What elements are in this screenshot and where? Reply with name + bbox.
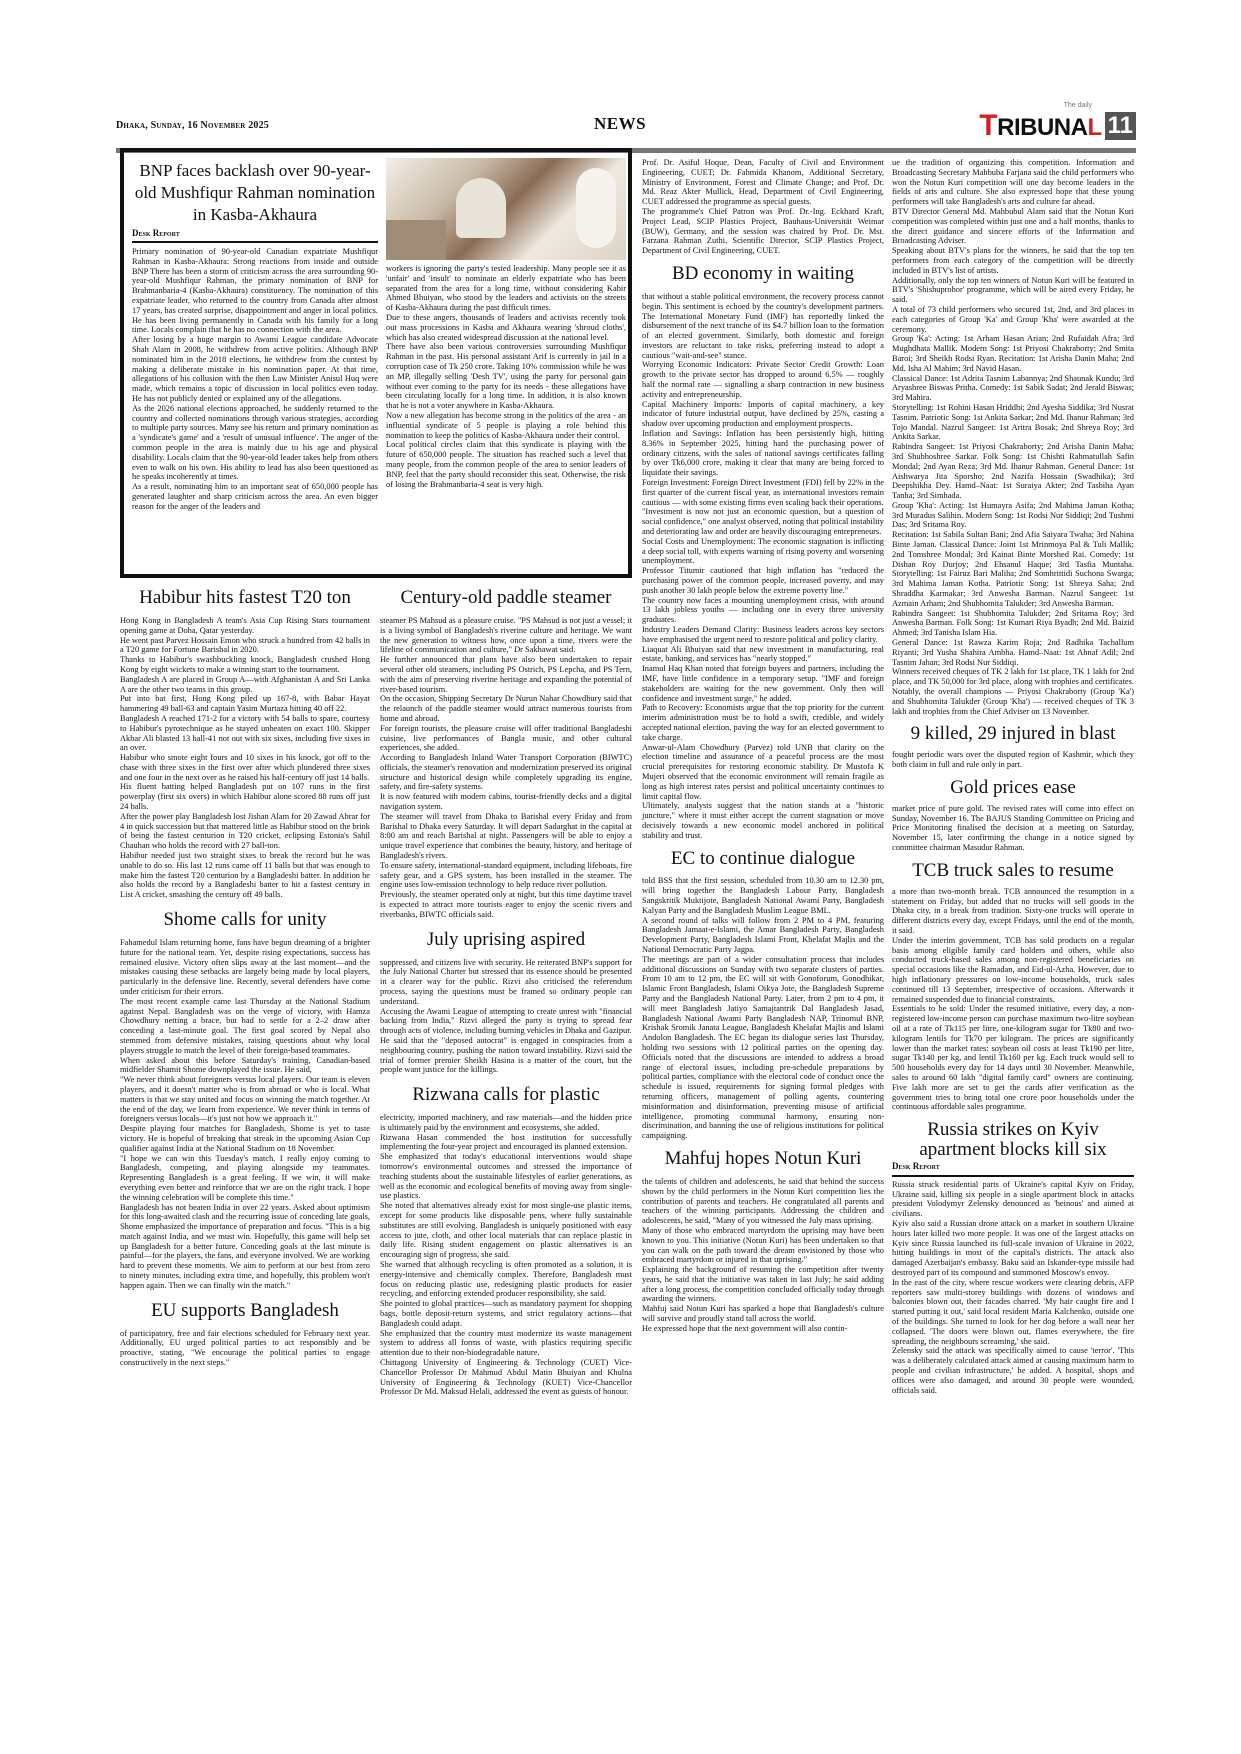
- paragraph: "Investment is now not just an economic …: [642, 507, 884, 536]
- paragraph: Inamul Haq Khan noted that foreign buyer…: [642, 664, 884, 703]
- paragraph: Thanks to Habibur's swashbuckling knock,…: [120, 655, 370, 675]
- paragraph: It is now featured with modern cabins, t…: [380, 792, 632, 812]
- paragraph: Explaining the background of resuming th…: [642, 1265, 884, 1304]
- paragraph: Due to these angers, thousands of leader…: [386, 313, 626, 342]
- paragraph: ue the tradition of organizing this comp…: [892, 158, 1134, 207]
- paragraph: steamer PS Mahsud as a pleasure cruise. …: [380, 616, 632, 655]
- paragraph: Professor Titumir cautioned that high in…: [642, 566, 884, 595]
- paragraph: of participatory, free and fair election…: [120, 1329, 370, 1368]
- paragraph: Mahfuj said Notun Kuri has sparked a hop…: [642, 1304, 884, 1324]
- paragraph: Group 'Ka': Acting: 1st Arham Hasan Aria…: [892, 334, 1134, 373]
- paragraph: "I hope we can win this Tuesday's match.…: [120, 1154, 370, 1203]
- article-habibur: Habibur hits fastest T20 ton Hong Kong i…: [120, 588, 370, 1368]
- lead-story-box: BNP faces backlash over 90-year-old Mush…: [120, 148, 632, 578]
- paragraph: Habibur needed just two straight sixes t…: [120, 851, 370, 900]
- paragraph: Essentials to be sold: Under the resumed…: [892, 1004, 1134, 1112]
- paragraph: electricity, imported machinery, and raw…: [380, 1113, 632, 1133]
- paragraph: Classical Dance: 1st Adrita Tasnim Laban…: [892, 374, 1134, 403]
- paragraph: There have also been various controversi…: [386, 342, 626, 411]
- column-3: Prof. Dr. Asiful Hoque, Dean, Faculty of…: [642, 158, 884, 1334]
- paragraph: Winners received cheques of TK 2 lakh fo…: [892, 667, 1134, 716]
- paragraph: Worrying Economic Indicators: Private Se…: [642, 360, 884, 399]
- paragraph: Rabindra Sangeet: 1st Priyosi Chakrabort…: [892, 442, 1134, 501]
- paragraph: After losing by a huge margin to Awami L…: [132, 335, 378, 404]
- paragraph: Rabindra Sangeet: 1st Shubhomita Talukde…: [892, 609, 1134, 638]
- masthead: Dhaka, Sunday, 16 November 2025 NEWS The…: [116, 108, 1136, 148]
- paragraph: Ultimately, analysts suggest that the na…: [642, 801, 884, 840]
- logo-t: T: [979, 109, 997, 142]
- paragraph: Bangladesh A reached 171-2 for a victory…: [120, 714, 370, 753]
- paragraph: the talents of children and adolescents,…: [642, 1177, 884, 1226]
- paragraph: A total of 73 child performers who secur…: [892, 305, 1134, 334]
- paragraph: He went past Parvez Hossain Emon who str…: [120, 636, 370, 656]
- paragraph: The steamer will travel from Dhaka to Ba…: [380, 812, 632, 861]
- paragraph: that without a stable political environm…: [642, 292, 884, 361]
- headline-eu[interactable]: EU supports Bangladesh: [120, 1301, 370, 1321]
- dateline: Dhaka, Sunday, 16 November 2025: [116, 120, 269, 131]
- paragraph: According to Bangladesh Inland Water Tra…: [380, 753, 632, 792]
- paragraph: To ensure safety, international-standard…: [380, 861, 632, 890]
- headline-bd-economy[interactable]: BD economy in waiting: [642, 264, 884, 284]
- page-number: 11: [1105, 112, 1136, 140]
- paragraph: Habibur who smote eight fours and 10 six…: [120, 753, 370, 782]
- paragraph: Hong Kong in Bangladesh A team's Asia Cu…: [120, 616, 370, 636]
- paragraph: Prof. Dr. Asiful Hoque, Dean, Faculty of…: [642, 158, 884, 207]
- paragraph: "We never think about foreigners versus …: [120, 1075, 370, 1124]
- paragraph: suppressed, and citizens live with secur…: [380, 958, 632, 1007]
- paragraph: Chittagong University of Engineering & T…: [380, 1358, 632, 1397]
- paragraph: BTV Director General Md. Mahbubul Alam s…: [892, 207, 1134, 246]
- paragraph: Bangladesh has not beaten India in over …: [120, 1203, 370, 1291]
- paragraph: Despite playing four matches for Banglad…: [120, 1124, 370, 1153]
- logo-small-text: The daily: [1064, 102, 1092, 109]
- paragraph: Inflation and Savings: Inflation has bee…: [642, 429, 884, 478]
- paragraph: A second round of talks will follow from…: [642, 916, 884, 955]
- logo-mid: RIBUNA: [997, 114, 1087, 141]
- headline-tcb[interactable]: TCB truck sales to resume: [892, 861, 1134, 881]
- paragraph: Kyiv also said a Russian drone attack on…: [892, 1219, 1134, 1278]
- headline-mahfuj[interactable]: Mahfuj hopes Notun Kuri: [642, 1149, 884, 1169]
- paragraph: The most recent example came last Thursd…: [120, 997, 370, 1056]
- paragraph: fought periodic wars over the disputed r…: [892, 750, 1134, 770]
- lead-col1: Primary nomination of 90-year-old Canadi…: [132, 247, 378, 512]
- russia-byline: Desk Report: [892, 1162, 1134, 1177]
- paragraph: Accusing the Awami League of attempting …: [380, 1007, 632, 1036]
- paragraph: As the 2026 national elections approache…: [132, 404, 378, 482]
- paragraph: Fahamedul Islam returning home, fans hav…: [120, 938, 370, 997]
- paragraph: Now a new allegation has become strong i…: [386, 411, 626, 440]
- paragraph: Social Costs and Unemployment: The econo…: [642, 537, 884, 566]
- paragraph: General Dance: 1st Rawza Karim Roja; 2nd…: [892, 638, 1134, 667]
- paragraph: The country now faces a mounting unemplo…: [642, 596, 884, 625]
- paragraph: Group 'Kha': Acting: 1st Humayra Asifa; …: [892, 501, 1134, 530]
- paragraph: Bangladesh A are placed in Group A—with …: [120, 675, 370, 695]
- paragraph: He said that the "deposed autocrat" is e…: [380, 1036, 632, 1075]
- paragraph: Additionally, only the top ten winners o…: [892, 276, 1134, 305]
- headline-gold[interactable]: Gold prices ease: [892, 778, 1134, 798]
- paragraph: Local political circles claim that this …: [386, 440, 626, 489]
- paragraph: The programme's Chief Patron was Prof. D…: [642, 207, 884, 256]
- lead-byline: Desk Report: [132, 228, 378, 243]
- paragraph: On the occasion, Shipping Secretary Dr N…: [380, 694, 632, 723]
- logo-l: L: [1087, 114, 1101, 141]
- paragraph: Anwar-ul-Alam Chowdhury (Parvez) told UN…: [642, 743, 884, 802]
- headline-habibur[interactable]: Habibur hits fastest T20 ton: [120, 588, 370, 608]
- paragraph: Put into bat first, Hong Kong piled up 1…: [120, 694, 370, 714]
- paragraph: Zelensky said the attack was specificall…: [892, 1346, 1134, 1395]
- paragraph: For foreign tourists, the pleasure cruis…: [380, 724, 632, 753]
- paragraph: When asked about this before Saturday's …: [120, 1056, 370, 1076]
- paragraph: Under the interim government, TCB has so…: [892, 936, 1134, 1005]
- paragraph: Russia struck residential parts of Ukrai…: [892, 1180, 1134, 1219]
- paragraph: Primary nomination of 90-year-old Canadi…: [132, 247, 378, 335]
- column-4: ue the tradition of organizing this comp…: [892, 158, 1134, 1395]
- paragraph: She emphasized that the country must mod…: [380, 1329, 632, 1358]
- paragraph: He further announced that plans have als…: [380, 655, 632, 694]
- paragraph: Rizwana Hasan commended the host institu…: [380, 1133, 632, 1153]
- section-title: NEWS: [594, 114, 646, 134]
- paragraph: His fluent batting helped Bangladesh put…: [120, 782, 370, 811]
- lead-col2: workers is ignoring the party's tested l…: [386, 264, 626, 489]
- lead-headline[interactable]: BNP faces backlash over 90-year-old Mush…: [132, 160, 378, 226]
- paragraph: Previously, the steamer operated only at…: [380, 890, 632, 919]
- paragraph: He expressed hope that the next governme…: [642, 1324, 884, 1334]
- paragraph: Recitation: 1st Sabila Sultan Bani; 2nd …: [892, 530, 1134, 608]
- paragraph: workers is ignoring the party's tested l…: [386, 264, 626, 313]
- paragraph: Many of those who embraced martyrdom the…: [642, 1226, 884, 1265]
- paragraph: Industry Leaders Demand Clarity: Busines…: [642, 625, 884, 645]
- paragraph: told BSS that the first session, schedul…: [642, 876, 884, 915]
- article-steamer: Century-old paddle steamer steamer PS Ma…: [380, 588, 632, 1397]
- paragraph: As a result, nominating him to an import…: [132, 482, 378, 511]
- paragraph: She noted that alternatives already exis…: [380, 1201, 632, 1260]
- paragraph: After the power play Bangladesh lost Jis…: [120, 812, 370, 851]
- paragraph: Liaquat Ali Bhuiyan said that new invest…: [642, 645, 884, 665]
- paragraph: She emphasized that today's educational …: [380, 1152, 632, 1201]
- paragraph: In the east of the city, where rescue wo…: [892, 1278, 1134, 1347]
- paragraph: a more than two-month break. TCB announc…: [892, 887, 1134, 936]
- paragraph: She pointed to global practices—such as …: [380, 1299, 632, 1328]
- paragraph: Speaking about BTV's plans for the winne…: [892, 246, 1134, 275]
- headline-july[interactable]: July uprising aspired: [380, 930, 632, 950]
- paragraph: The meetings are part of a wider consult…: [642, 955, 884, 1141]
- headline-rizwana[interactable]: Rizwana calls for plastic: [380, 1085, 632, 1105]
- headline-blast[interactable]: 9 killed, 29 injured in blast: [892, 724, 1134, 744]
- lead-photo: [386, 158, 626, 260]
- newspaper-logo[interactable]: The daily TRIBUNAL 11: [979, 106, 1136, 140]
- headline-ec[interactable]: EC to continue dialogue: [642, 849, 884, 869]
- paragraph: market price of pure gold. The revised r…: [892, 804, 1134, 853]
- paragraph: Storytelling: 1st Rohini Hasan Hriddhi; …: [892, 403, 1134, 442]
- headline-russia[interactable]: Russia strikes on Kyiv apartment blocks …: [892, 1120, 1134, 1160]
- paragraph: Capital Machinery Imports: Imports of ca…: [642, 400, 884, 429]
- headline-steamer[interactable]: Century-old paddle steamer: [380, 588, 632, 608]
- paragraph: Foreign Investment: Foreign Direct Inves…: [642, 478, 884, 507]
- paragraph: Path to Recovery: Economists argue that …: [642, 703, 884, 742]
- paragraph: She warned that although recycling is of…: [380, 1260, 632, 1299]
- headline-shome[interactable]: Shome calls for unity: [120, 910, 370, 930]
